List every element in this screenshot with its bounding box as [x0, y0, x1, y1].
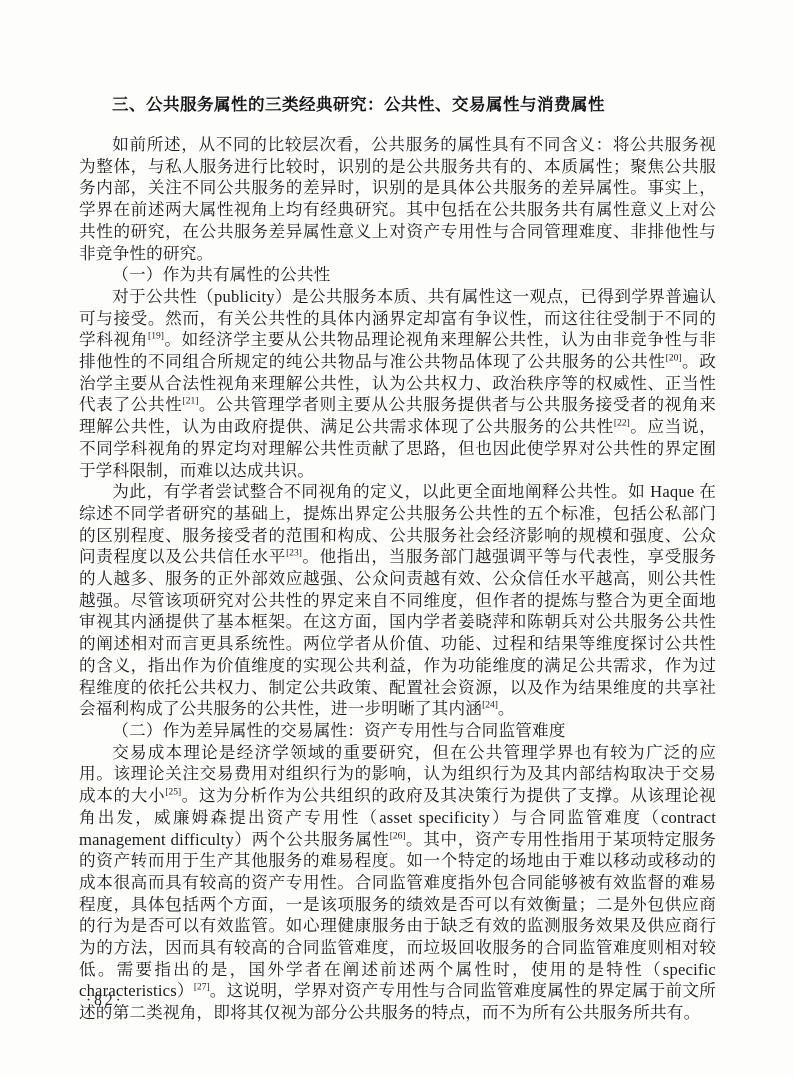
citation-ref: [26]: [390, 831, 406, 841]
subheading-transaction-attributes: （二）作为差异属性的交易属性：资产专用性与合同监管难度: [79, 720, 716, 742]
citation-ref: [22]: [614, 419, 630, 429]
citation-ref: [21]: [183, 397, 199, 407]
section-heading: 三、公共服务属性的三类经典研究：公共性、交易属性与消费属性: [79, 94, 716, 116]
paragraph-intro: 如前所述，从不同的比较层次看，公共服务的属性具有不同含义：将公共服务视为整体，与…: [79, 134, 716, 264]
citation-ref: [20]: [666, 354, 682, 364]
page-number: ·82·: [86, 992, 124, 1010]
paragraph-transaction-cost: 交易成本理论是经济学领域的重要研究，但在公共管理学界也有较为广泛的应用。该理论关…: [79, 742, 716, 1024]
paragraph-integrated-views: 为此，有学者尝试整合不同视角的定义，以此更全面地阐释公共性。如 Haque 在综…: [79, 481, 716, 720]
page-body: 三、公共服务属性的三类经典研究：公共性、交易属性与消费属性 如前所述，从不同的比…: [79, 94, 716, 1024]
citation-ref: [19]: [148, 332, 164, 342]
document-page: 三、公共服务属性的三类经典研究：公共性、交易属性与消费属性 如前所述，从不同的比…: [0, 0, 794, 1077]
citation-ref: [23]: [286, 549, 302, 559]
subheading-publicness: （一）作为共有属性的公共性: [79, 264, 716, 286]
citation-ref: [25]: [165, 788, 181, 798]
citation-ref: [27]: [194, 983, 210, 993]
paragraph-publicity-definitions: 对于公共性（publicity）是公共服务本质、共有属性这一观点，已得到学界普遍…: [79, 286, 716, 481]
citation-ref: [24]: [482, 701, 498, 711]
